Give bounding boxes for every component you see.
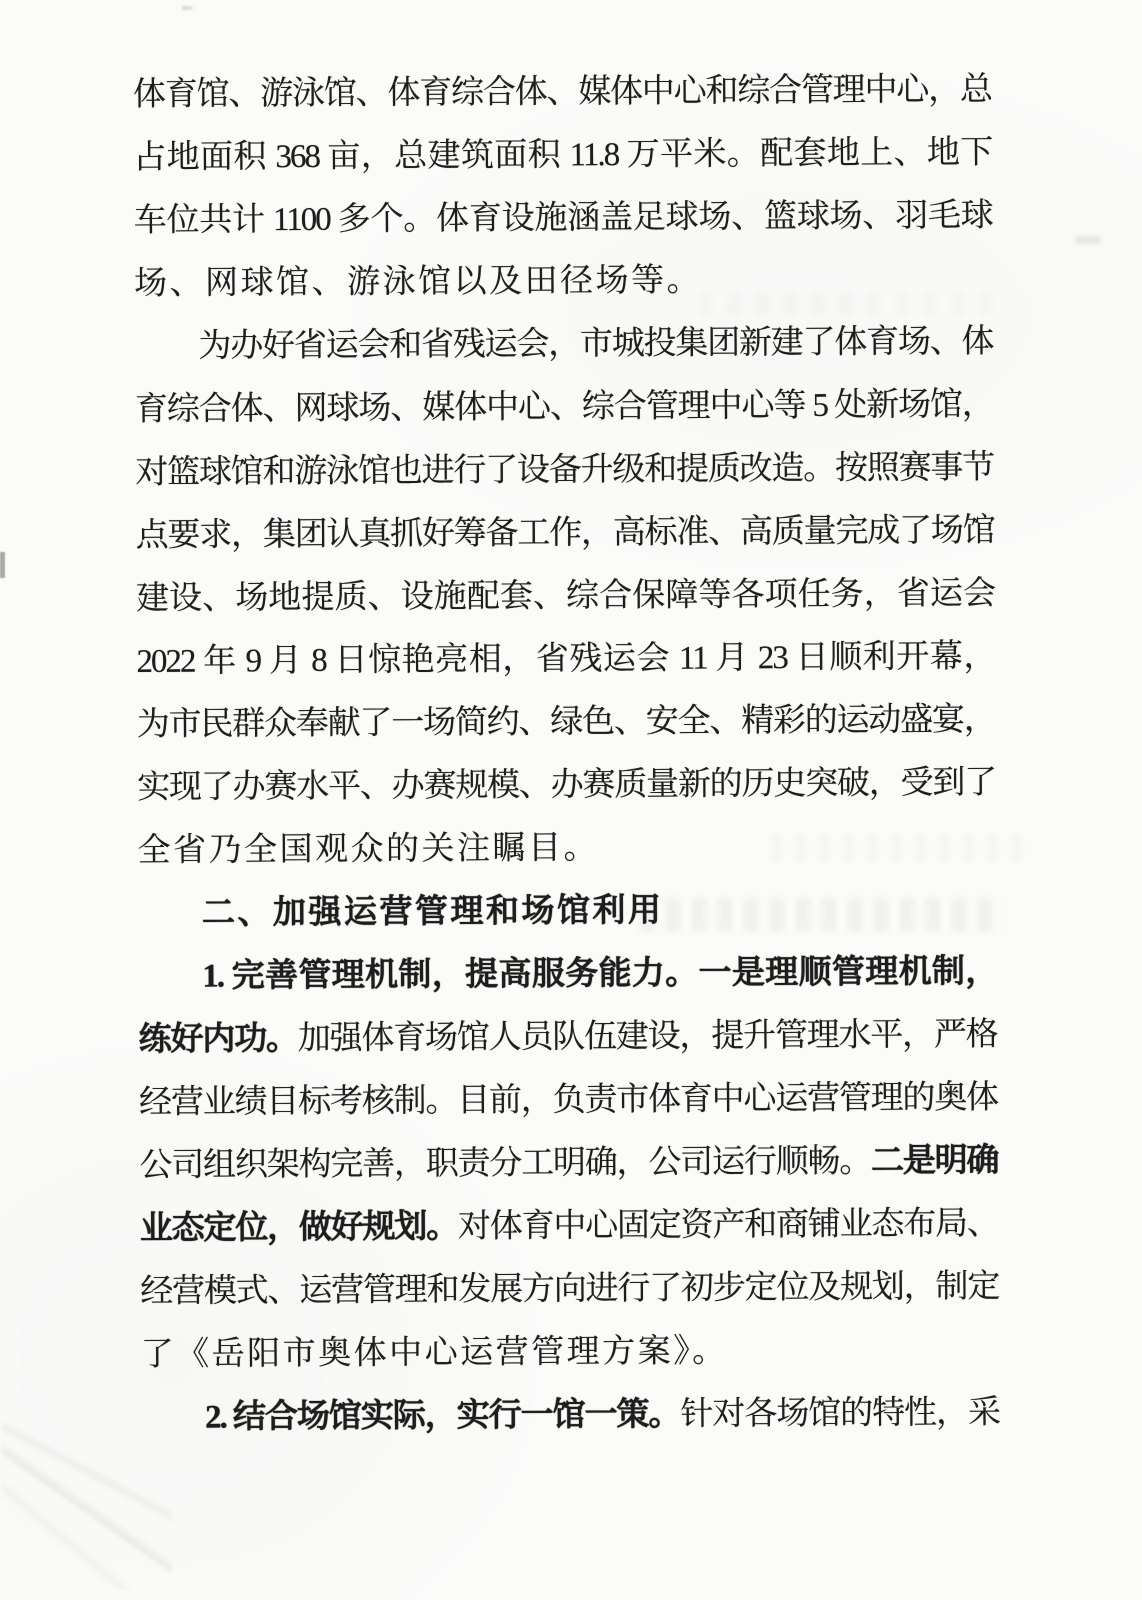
bold-text-segment: 2. 结合场馆实际，实行一馆一策。 [205, 1397, 681, 1436]
bold-text-segment: 二是明确 [871, 1143, 998, 1180]
text-segment: 对篮球馆和游泳馆也进行了设备升级和提质改造。按照赛事节 [135, 450, 993, 491]
text-line: 2022 年 9 月 8 日惊艳亮相，省残运会 11 月 23 日顺利开幕， [136, 626, 994, 694]
text-segment: 体育馆、游泳馆、体育综合体、媒体中心和综合管理中心，总 [133, 72, 991, 113]
scan-speck [182, 6, 192, 10]
text-line: 点要求，集团认真抓好筹备工作，高标准、高质量完成了场馆 [135, 500, 993, 568]
text-line: 为办好省运会和省残运会，市城投集团新建了体育场、体 [134, 311, 992, 379]
text-line: 经营业绩目标考核制。目前，负责市体育中心运营管理的奥体 [139, 1067, 997, 1135]
text-line: 体育馆、游泳馆、体育综合体、媒体中心和综合管理中心，总 [133, 59, 991, 127]
text-segment: 针对各场馆的特性，采 [680, 1395, 999, 1433]
text-line: 为市民群众奉献了一场简约、绿色、安全、精彩的运动盛宴， [137, 689, 995, 757]
bold-text-segment: 1. 完善管理机制，提高服务能力。一是理顺管理机制， [202, 954, 996, 995]
text-segment: 实现了办赛水平、办赛规模、办赛质量新的历史突破，受到了 [137, 765, 995, 806]
text-segment: 为市民群众奉献了一场简约、绿色、安全、精彩的运动盛宴， [137, 702, 995, 743]
text-line: 全省乃全国观众的关注瞩目。 [137, 815, 995, 883]
text-segment: 了《岳阳市奥体中心运营管理方案》。 [141, 1333, 728, 1373]
scanned-page: 体育馆、游泳馆、体育综合体、媒体中心和综合管理中心，总占地面积 368 亩，总建… [0, 0, 1142, 1600]
text-segment: 占地面积 368 亩，总建筑面积 11.8 万平米。配套地上、地下 [133, 135, 991, 176]
text-segment: 全省乃全国观众的关注瞩目。 [137, 830, 599, 869]
scan-speck [1075, 236, 1101, 244]
text-line: 2. 结合场馆实际，实行一馆一策。针对各场馆的特性，采 [141, 1382, 999, 1450]
text-segment: 经营业绩目标考核制。目前，负责市体育中心运营管理的奥体 [139, 1080, 997, 1121]
text-segment: 建设、场地提质、设施配套、综合保障等各项任务，省运会 [136, 576, 994, 617]
text-segment: 对体育中心固定资产和商铺业态布局、 [458, 1206, 998, 1245]
text-segment: 车位共计 1100 多个。体育设施涵盖足球场、篮球场、羽毛球 [134, 198, 992, 239]
text-line: 对篮球馆和游泳馆也进行了设备升级和提质改造。按照赛事节 [135, 437, 993, 505]
text-line: 车位共计 1100 多个。体育设施涵盖足球场、篮球场、羽毛球 [134, 185, 992, 253]
bold-text-segment: 业态定位，做好规划。 [140, 1209, 458, 1247]
text-line: 实现了办赛水平、办赛规模、办赛质量新的历史突破，受到了 [137, 752, 995, 820]
text-segment: 经营模式、运营管理和发展方向进行了初步定位及规划，制定 [140, 1269, 998, 1310]
text-line: 业态定位，做好规划。对体育中心固定资产和商铺业态布局、 [140, 1193, 998, 1261]
text-segment: 为办好省运会和省残运会，市城投集团新建了体育场、体 [198, 324, 992, 365]
text-line: 二、加强运营管理和场馆利用 [138, 878, 996, 946]
text-line: 公司组织架构完善，职责分工明确，公司运行顺畅。二是明确 [139, 1130, 997, 1198]
text-segment: 点要求，集团认真抓好筹备工作，高标准、高质量完成了场馆 [136, 513, 994, 554]
text-line: 育综合体、网球场、媒体中心、综合管理中心等 5 处新场馆， [135, 374, 993, 442]
text-line: 了《岳阳市奥体中心运营管理方案》。 [140, 1319, 998, 1387]
text-line: 经营模式、运营管理和发展方向进行了初步定位及规划，制定 [140, 1256, 998, 1324]
text-line: 场、网球馆、游泳馆以及田径场等。 [134, 248, 992, 316]
text-segment: 育综合体、网球场、媒体中心、综合管理中心等 5 处新场馆， [135, 387, 993, 428]
text-line: 占地面积 368 亩，总建筑面积 11.8 万平米。配套地上、地下 [133, 122, 991, 190]
text-segment: 加强体育场馆人员队伍建设，提升管理水平，严格 [298, 1017, 997, 1057]
scan-edge-mark [0, 552, 5, 578]
document-text: 体育馆、游泳馆、体育综合体、媒体中心和综合管理中心，总占地面积 368 亩，总建… [133, 59, 999, 1450]
text-segment: 场、网球馆、游泳馆以及田径场等。 [134, 263, 702, 302]
text-segment: 2022 年 9 月 8 日惊艳亮相，省残运会 11 月 23 日顺利开幕， [136, 639, 994, 680]
text-line: 建设、场地提质、设施配套、综合保障等各项任务，省运会 [136, 563, 994, 631]
text-segment: 公司组织架构完善，职责分工明确，公司运行顺畅。 [139, 1144, 871, 1184]
text-line: 1. 完善管理机制，提高服务能力。一是理顺管理机制， [138, 941, 996, 1009]
bold-text-segment: 二、加强运营管理和场馆利用 [202, 893, 664, 932]
text-line: 练好内功。加强体育场馆人员队伍建设，提升管理水平，严格 [139, 1004, 997, 1072]
bold-text-segment: 练好内功。 [139, 1021, 298, 1058]
